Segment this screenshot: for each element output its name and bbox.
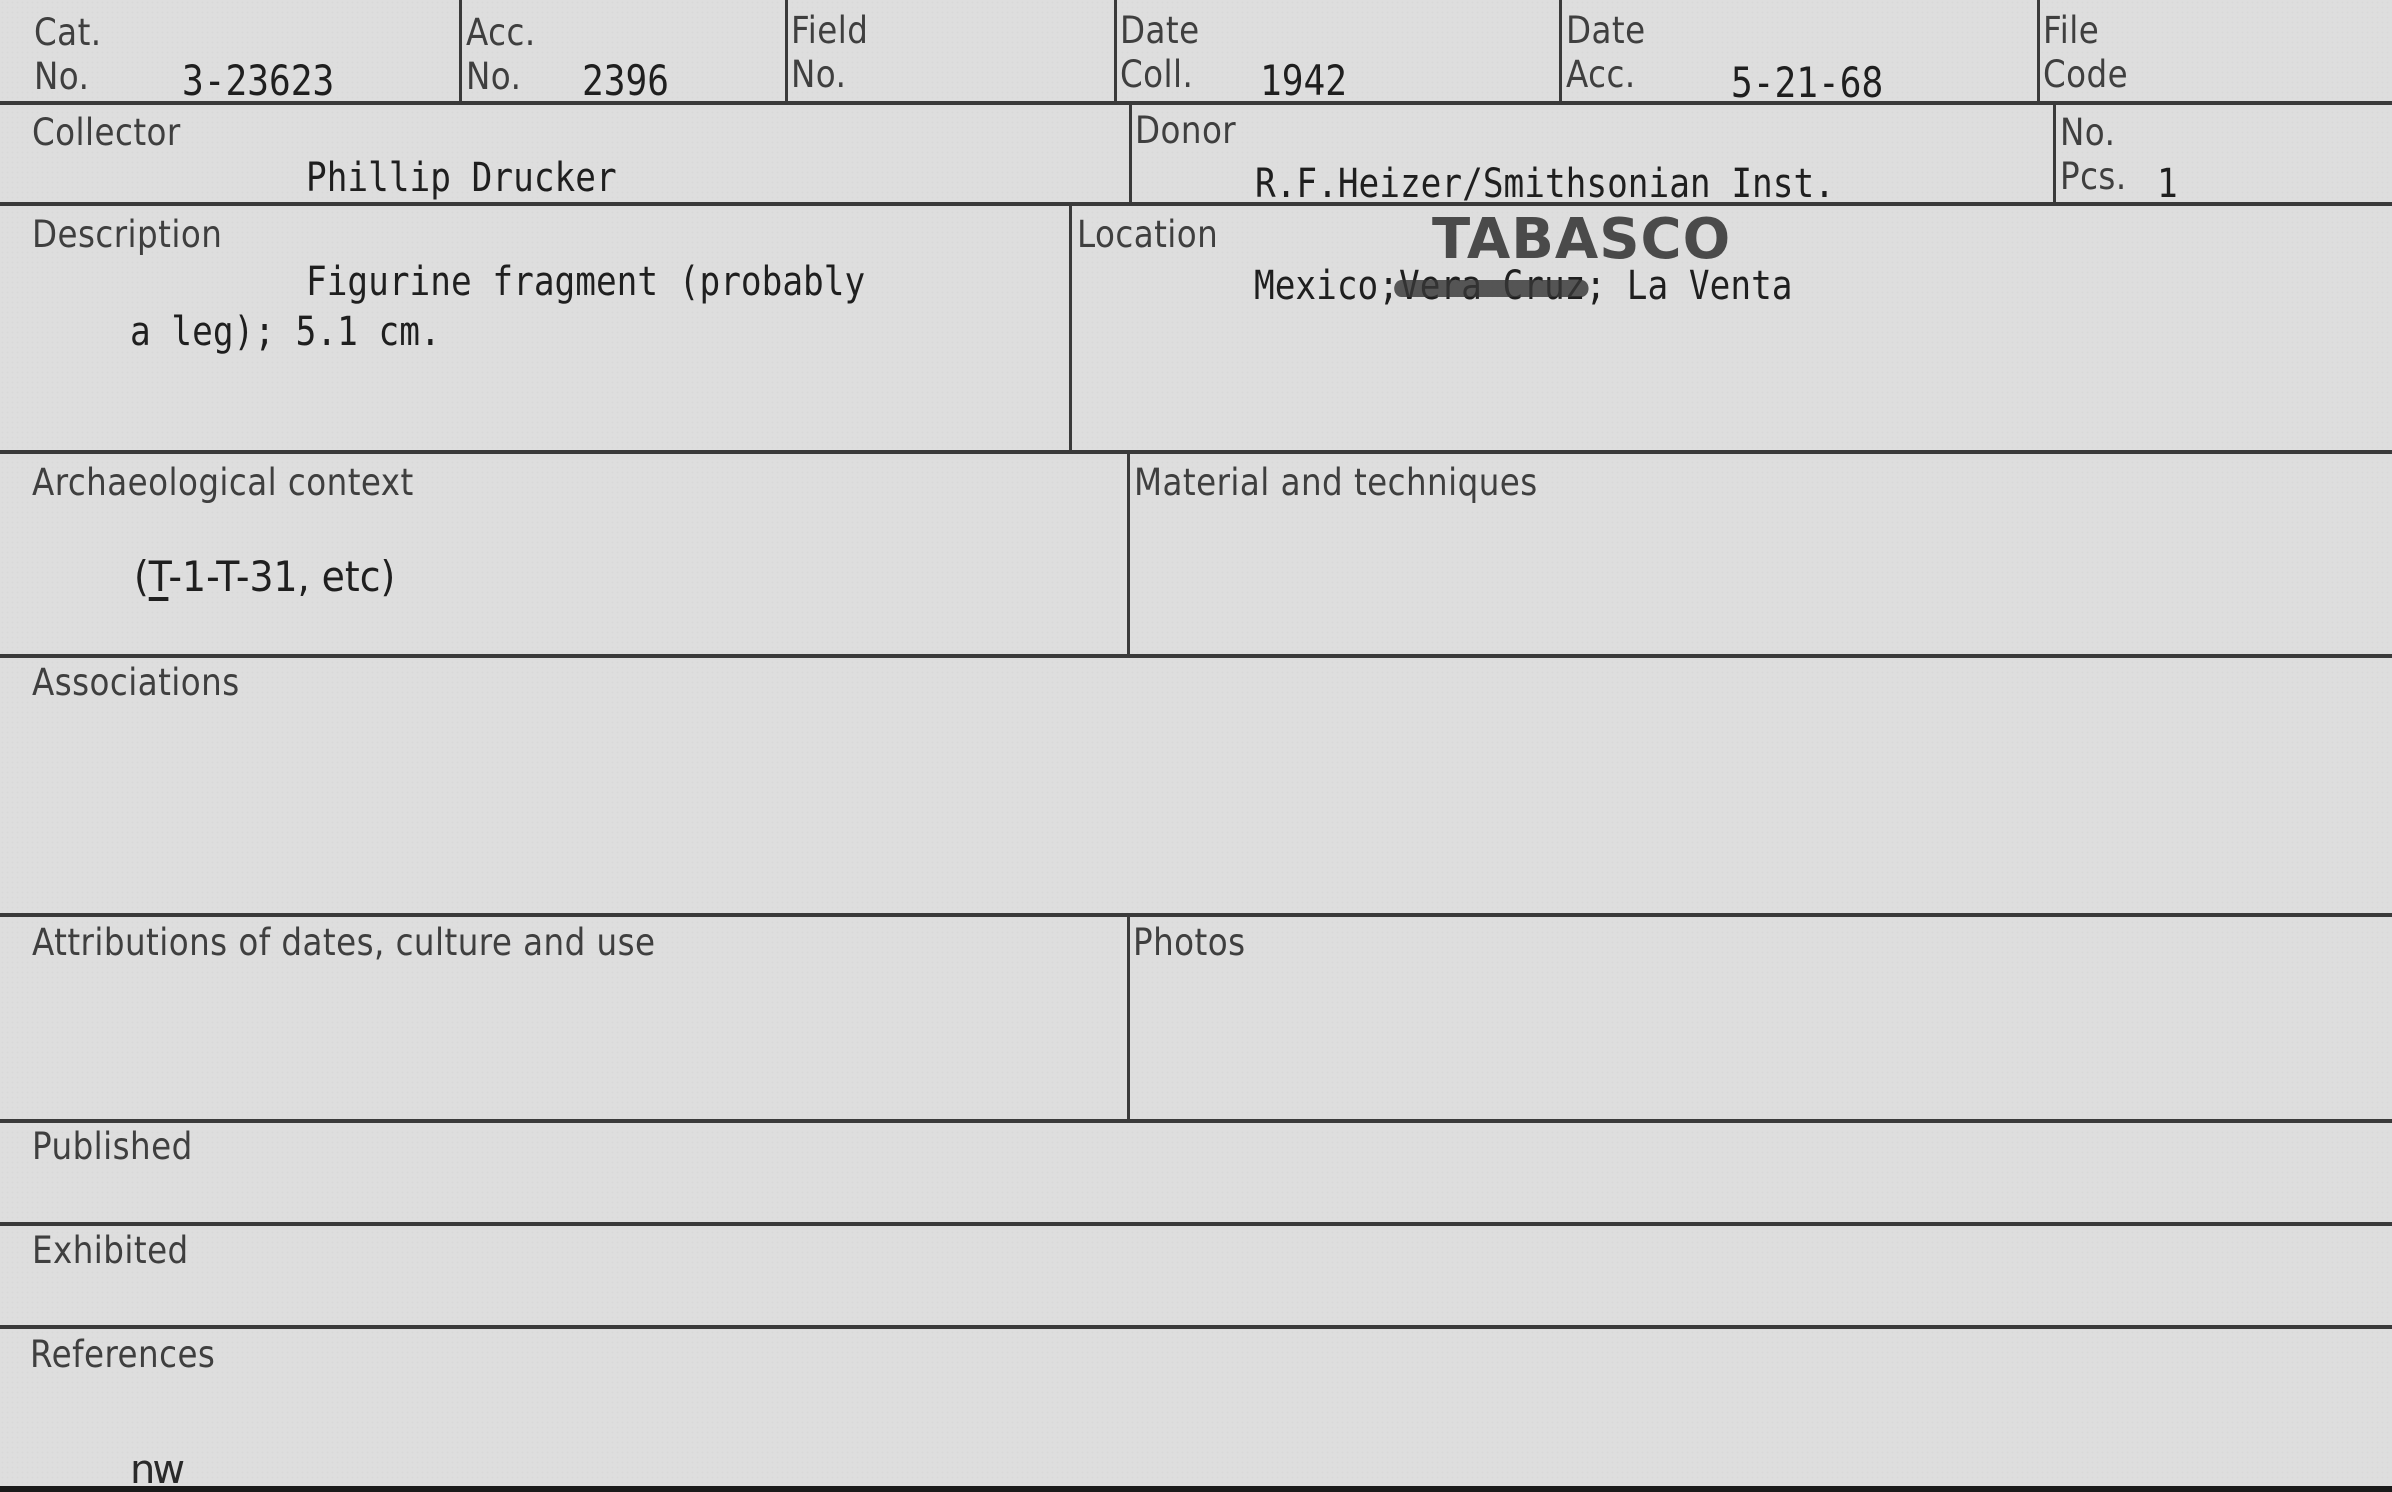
- accession-number-value: 2396: [582, 60, 669, 102]
- archaeological-context-value: (T-1-T-31, etc): [134, 556, 395, 598]
- description-line-1: Figurine fragment (probably: [306, 262, 865, 302]
- divider-context-material: [1127, 452, 1130, 656]
- accession-number-label-1: Acc.: [466, 14, 536, 51]
- field-number-label-1: Field: [791, 12, 868, 49]
- photos-label: Photos: [1133, 924, 1245, 961]
- divider-datecoll-dateacc: [1559, 0, 1562, 103]
- location-value: Mexico;Vera Cruz; La Venta: [1254, 266, 1792, 306]
- location-label: Location: [1077, 216, 1218, 253]
- rule-exhibited-bottom: [0, 1325, 2392, 1329]
- rule-context-bottom: [0, 654, 2392, 658]
- date-collected-value: 1942: [1260, 60, 1347, 102]
- location-struck-state: Vera Cruz: [1399, 263, 1585, 309]
- accession-number-label-2: No.: [466, 58, 521, 95]
- divider-donor-pieces: [2053, 103, 2056, 204]
- pieces-value: 1: [2157, 164, 2178, 204]
- file-code-label-1: File: [2043, 12, 2099, 49]
- pieces-label-1: No.: [2060, 114, 2115, 151]
- context-underlined-t: T: [149, 552, 169, 601]
- donor-value: R.F.Heizer/Smithsonian Inst.: [1255, 164, 1835, 204]
- file-code-label-2: Code: [2043, 56, 2128, 93]
- rule-collector-bottom: [0, 202, 2392, 206]
- date-accessioned-value: 5-21-68: [1731, 62, 1883, 104]
- rule-card-bottom: [0, 1486, 2392, 1492]
- date-accessioned-label-1: Date: [1566, 12, 1646, 49]
- catalog-number-label-1: Cat.: [34, 14, 102, 51]
- collector-label: Collector: [32, 114, 181, 151]
- rule-description-bottom: [0, 450, 2392, 454]
- divider-attributions-photos: [1127, 915, 1130, 1121]
- divider-acc-field: [785, 0, 788, 103]
- location-stamp: TABASCO: [1432, 212, 1731, 268]
- description-label: Description: [32, 216, 222, 253]
- rule-attributions-bottom: [0, 1119, 2392, 1123]
- exhibited-label: Exhibited: [32, 1232, 189, 1269]
- attributions-label: Attributions of dates, culture and use: [32, 924, 655, 961]
- references-label: References: [30, 1336, 215, 1373]
- archaeological-context-label: Archaeological context: [32, 464, 414, 501]
- divider-field-datecoll: [1114, 0, 1117, 103]
- date-accessioned-label-2: Acc.: [1566, 56, 1636, 93]
- divider-collector-donor: [1129, 103, 1132, 204]
- cataloger-initials: nw: [130, 1450, 182, 1490]
- divider-cat-acc: [459, 0, 462, 103]
- field-number-label-2: No.: [791, 56, 846, 93]
- context-open-paren: (: [134, 552, 149, 601]
- pieces-label-2: Pcs.: [2060, 158, 2127, 195]
- catalog-number-label-2: No.: [34, 58, 89, 95]
- catalog-card: Cat. No. 3-23623 Acc. No. 2396 Field No.…: [0, 0, 2392, 1492]
- divider-description-location: [1069, 204, 1072, 452]
- rule-published-bottom: [0, 1222, 2392, 1226]
- material-techniques-label: Material and techniques: [1134, 464, 1538, 501]
- catalog-number-value: 3-23623: [182, 60, 334, 102]
- context-rest: -1-T-31, etc): [168, 552, 395, 601]
- collector-value: Phillip Drucker: [306, 158, 617, 198]
- description-line-2: a leg); 5.1 cm.: [130, 312, 441, 352]
- location-country: Mexico;: [1254, 263, 1399, 309]
- date-collected-label-1: Date: [1120, 12, 1200, 49]
- rule-top-row-bottom: [0, 101, 2392, 105]
- donor-label: Donor: [1135, 112, 1236, 149]
- date-collected-label-2: Coll.: [1120, 56, 1193, 93]
- published-label: Published: [32, 1128, 193, 1165]
- rule-associations-bottom: [0, 913, 2392, 917]
- divider-dateacc-filecode: [2037, 0, 2040, 103]
- associations-label: Associations: [32, 664, 240, 701]
- location-site: ; La Venta: [1585, 263, 1792, 309]
